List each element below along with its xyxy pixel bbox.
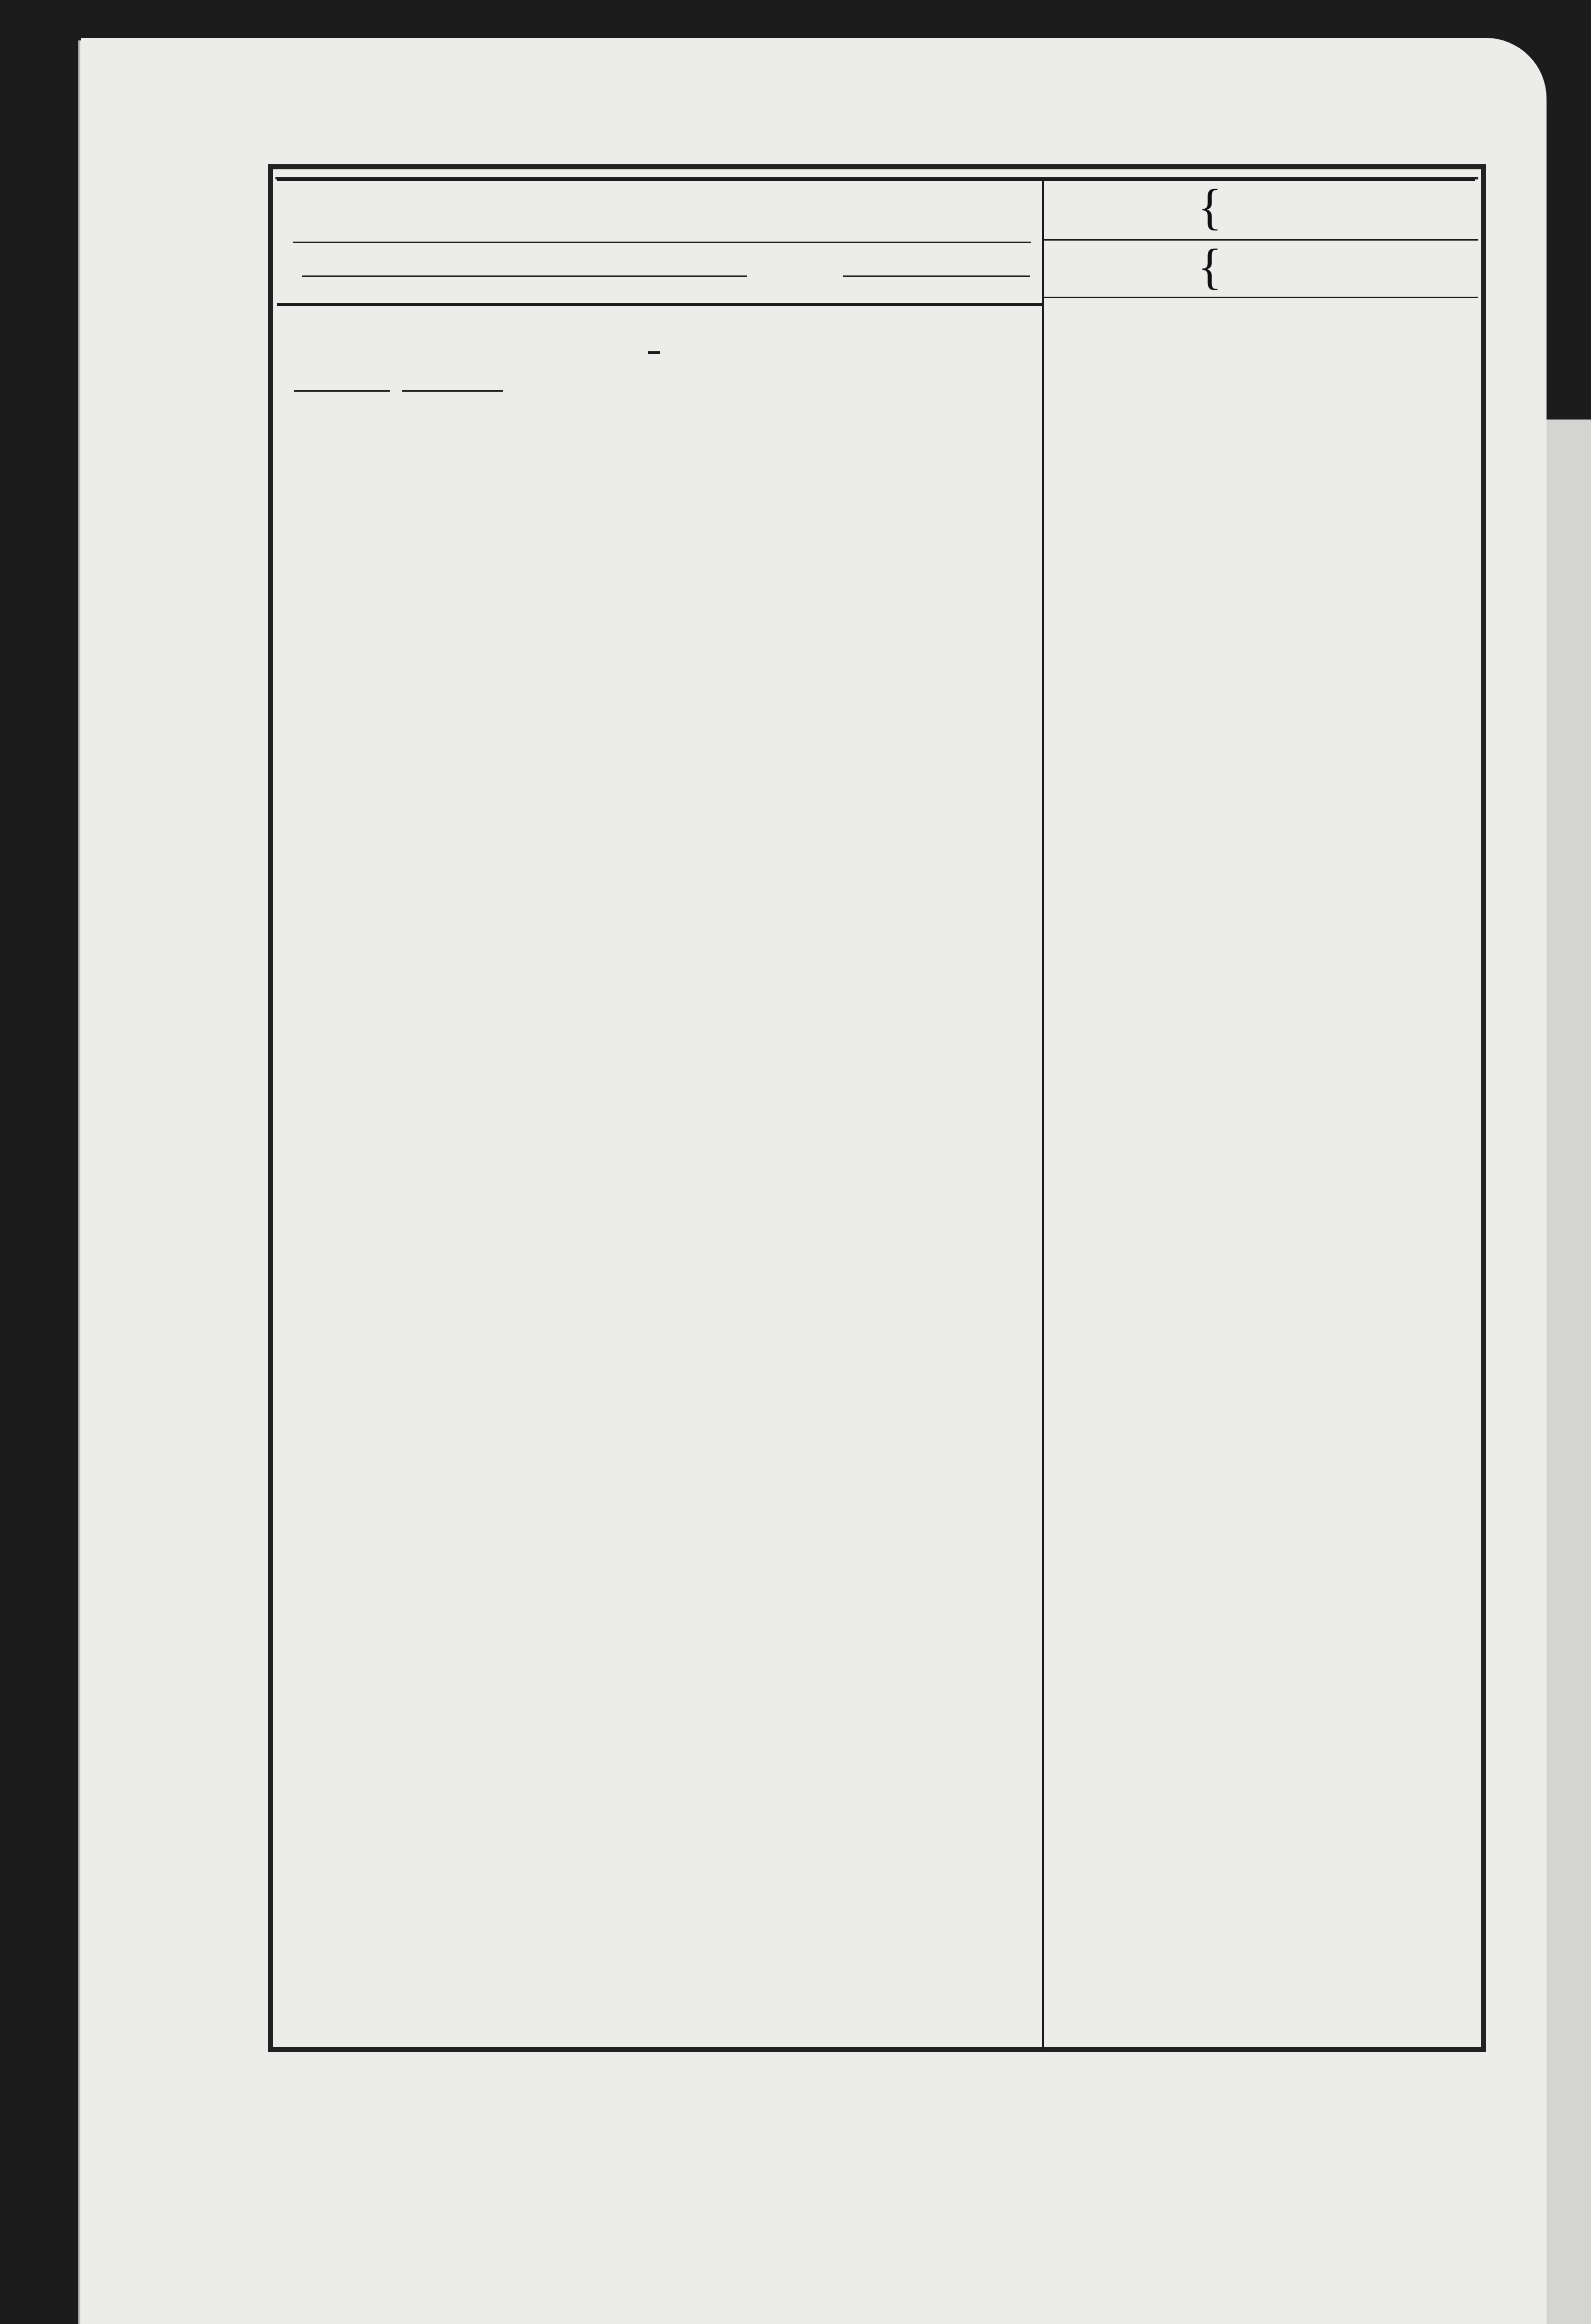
- column-divider: [1042, 179, 1044, 2050]
- classe-rule: [1044, 297, 1478, 298]
- header-rule: [277, 178, 1475, 181]
- prenoms-underline: [302, 275, 747, 277]
- facing-page-edge: [1547, 420, 1591, 2324]
- identity-bottom-rule: [277, 303, 1043, 306]
- brace-icon: {: [1198, 242, 1222, 292]
- underline: [402, 390, 503, 392]
- underline: [294, 390, 390, 392]
- matricule-rule: [1044, 239, 1478, 241]
- brace-icon: {: [1198, 182, 1222, 233]
- title-dash: [648, 351, 660, 354]
- nom-underline: [293, 242, 1031, 243]
- form-frame-inner-rule: [275, 177, 1478, 2050]
- surnom-underline: [843, 275, 1030, 277]
